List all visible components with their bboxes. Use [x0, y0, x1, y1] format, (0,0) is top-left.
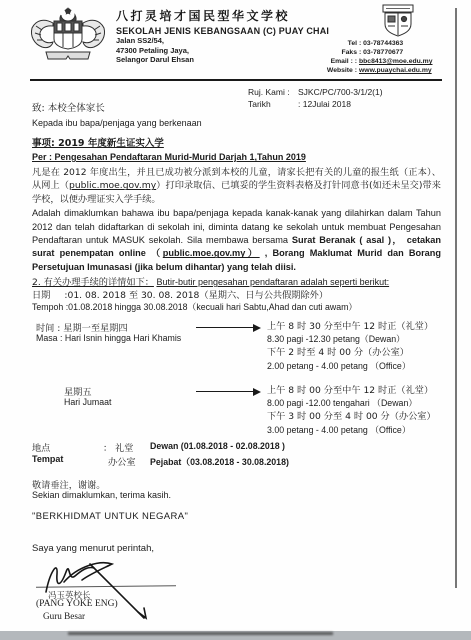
scanned-letter-page: 八打灵培才国民型华文学校 SEKOLAH JENIS KEBANGSAAN (C…: [0, 0, 471, 640]
school-address-line2: 47300 Petaling Jaya,: [116, 46, 329, 56]
time-line: 8.00 pagi -12.00 tengahari （Dewan）: [267, 397, 471, 410]
arrow-right-icon: [196, 324, 262, 332]
subject-malay: Per : Pengesahan Pendaftaran Murid-Murid…: [32, 151, 306, 164]
time-line: 2.00 petang - 4.00 petang （Office）: [267, 360, 471, 373]
email-row: Email : : bbc8413@moe.edu.my: [315, 57, 441, 66]
paragraph-chinese: 凡是在 2012 年度出生，并且已成功被分派到本校的儿童，请家长把有关的儿童的报…: [32, 166, 441, 206]
scanner-edge-smudge: [68, 632, 333, 635]
schedule-monthu-malay: Masa : Hari Isnin hingga Hari Khamis: [36, 333, 181, 343]
public-moe-url-text: public.moe.gov.my）: [163, 248, 260, 258]
faks-value: : 03-78770677: [359, 48, 403, 57]
venue-label-chinese: 地点: [32, 440, 50, 454]
arrow-right-icon: [196, 388, 262, 396]
ruj-value: SJKC/PC/700-3/1/2(1): [298, 87, 383, 97]
ruj-label: Ruj. Kami :: [248, 87, 298, 99]
schedule-friday-malay: Hari Jumaat: [64, 397, 111, 407]
subject-block: 事项: 2019 年度新生证实入学 Per : Pengesahan Penda…: [32, 137, 306, 164]
school-name-malay: SEKOLAH JENIS KEBANGSAAN (C) PUAY CHAI: [116, 26, 329, 36]
reference-block: Ruj. Kami :SJKC/PC/700-3/1/2(1) Tarikh: …: [248, 87, 383, 110]
email-label: Email : :: [315, 57, 359, 66]
time-line: 3.00 petang - 4.00 petang （Office）: [267, 424, 471, 437]
berkhidmat-slogan: "BERKHIDMAT UNTUK NEGARA": [32, 511, 188, 522]
venue-hall-chinese: ： 礼堂: [103, 440, 133, 454]
public-moe-url-text: public.moe.gov.my: [69, 180, 156, 191]
faks-row: Faks : 03-78770677: [315, 48, 441, 57]
paragraph-malay: Adalah dimaklumkan bahawa ibu bapa/penja…: [32, 207, 441, 274]
venue-dewan-dates: Dewan (01.08.2018 - 02.08.2018 ): [150, 441, 285, 451]
tel-row: Tel : 03-78744363: [315, 39, 441, 48]
time-line: 下午 3 时 00 分至 4 时 00 分（办公室）: [267, 410, 471, 423]
venue-label-malay: Tempat: [32, 454, 63, 464]
website-row: Website : www.puaychai.edu.my: [315, 66, 441, 75]
tarikh-value: : 12Julai 2018: [298, 99, 351, 109]
school-badge-icon: [378, 4, 418, 43]
details-heading-malay: Butir-butir pengesahan pendaftaran adala…: [156, 277, 389, 287]
school-name-chinese: 八打灵培才国民型华文学校: [116, 7, 329, 24]
addressee-malay: Kepada ibu bapa/penjaga yang berkenaan: [32, 118, 202, 128]
schedule-monthu-times: 上午 8 时 30 分至中午 12 时正（礼堂） 8.30 pagi -12.3…: [267, 320, 471, 373]
letter-body: 凡是在 2012 年度出生，并且已成功被分派到本校的儿童，请家长把有关的儿童的报…: [32, 166, 441, 274]
subject-chinese: 事项: 2019 年度新生证实入学: [32, 137, 306, 150]
tarikh-line: Tarikh: 12Julai 2018: [248, 99, 383, 111]
time-line: 上午 8 时 30 分至中午 12 时正（礼堂）: [267, 320, 471, 333]
header-divider: [30, 79, 442, 81]
date-line-malay: Tempoh :01.08.2018 hingga 30.08.2018（kec…: [32, 300, 357, 313]
schedule-monthu-chinese: 时间 : 星期一至星期四: [36, 320, 128, 334]
tarikh-label: Tarikh: [248, 99, 298, 111]
time-line: 下午 2 时至 4 时 00 分（办公室）: [267, 346, 471, 359]
school-identity: 八打灵培才国民型华文学校 SEKOLAH JENIS KEBANGSAAN (C…: [116, 7, 329, 65]
page-edge-shadow: [455, 8, 457, 588]
addressee-block: 致: 本校全体家长 Kepada ibu bapa/penjaga yang b…: [32, 100, 202, 128]
website-label: Website :: [315, 66, 359, 75]
website-value: www.puaychai.edu.my: [359, 66, 432, 75]
venue-pejabat-dates: Pejabat（03.08.2018 - 30.08.2018): [150, 455, 289, 468]
tel-value: : 03-78744363: [359, 39, 403, 48]
date-line-chinese: 日期:01. 08. 2018 至 30. 08. 2018（星期六、日与公共假…: [32, 287, 328, 301]
details-heading: 2. 有关办理手续的详情如下： Butir-butir pengesahan p…: [32, 274, 389, 288]
schedule-friday-times: 上午 8 时 00 分至中午 12 时正（礼堂） 8.00 pagi -12.0…: [267, 384, 471, 437]
time-line: 8.30 pagi -12.30 petang（Dewan）: [267, 333, 471, 346]
tel-label: Tel: [315, 39, 359, 48]
school-address-line1: Jalan SS2/54,: [116, 36, 329, 46]
venue-office-chinese: 办公室: [108, 454, 136, 468]
malaysia-coat-of-arms-icon: [26, 6, 110, 69]
email-value: bbc8413@moe.edu.my: [359, 57, 433, 66]
closing-chinese: 敬请垂注，谢谢。: [32, 477, 106, 491]
closing-malay: Sekian dimaklumkan, terima kasih.: [32, 490, 171, 500]
school-address-line3: Selangor Darul Ehsan: [116, 55, 329, 65]
contact-info: Tel : 03-78744363 Faks : 03-78770677 Ema…: [315, 39, 441, 75]
handwritten-signature-icon: [30, 548, 170, 628]
addressee-chinese: 致: 本校全体家长: [32, 100, 202, 114]
faks-label: Faks: [315, 48, 359, 57]
ruj-kami-line: Ruj. Kami :SJKC/PC/700-3/1/2(1): [248, 87, 383, 99]
schedule-friday-chinese: 星期五: [64, 384, 92, 398]
time-line: 上午 8 时 00 分至中午 12 时正（礼堂）: [267, 384, 471, 397]
